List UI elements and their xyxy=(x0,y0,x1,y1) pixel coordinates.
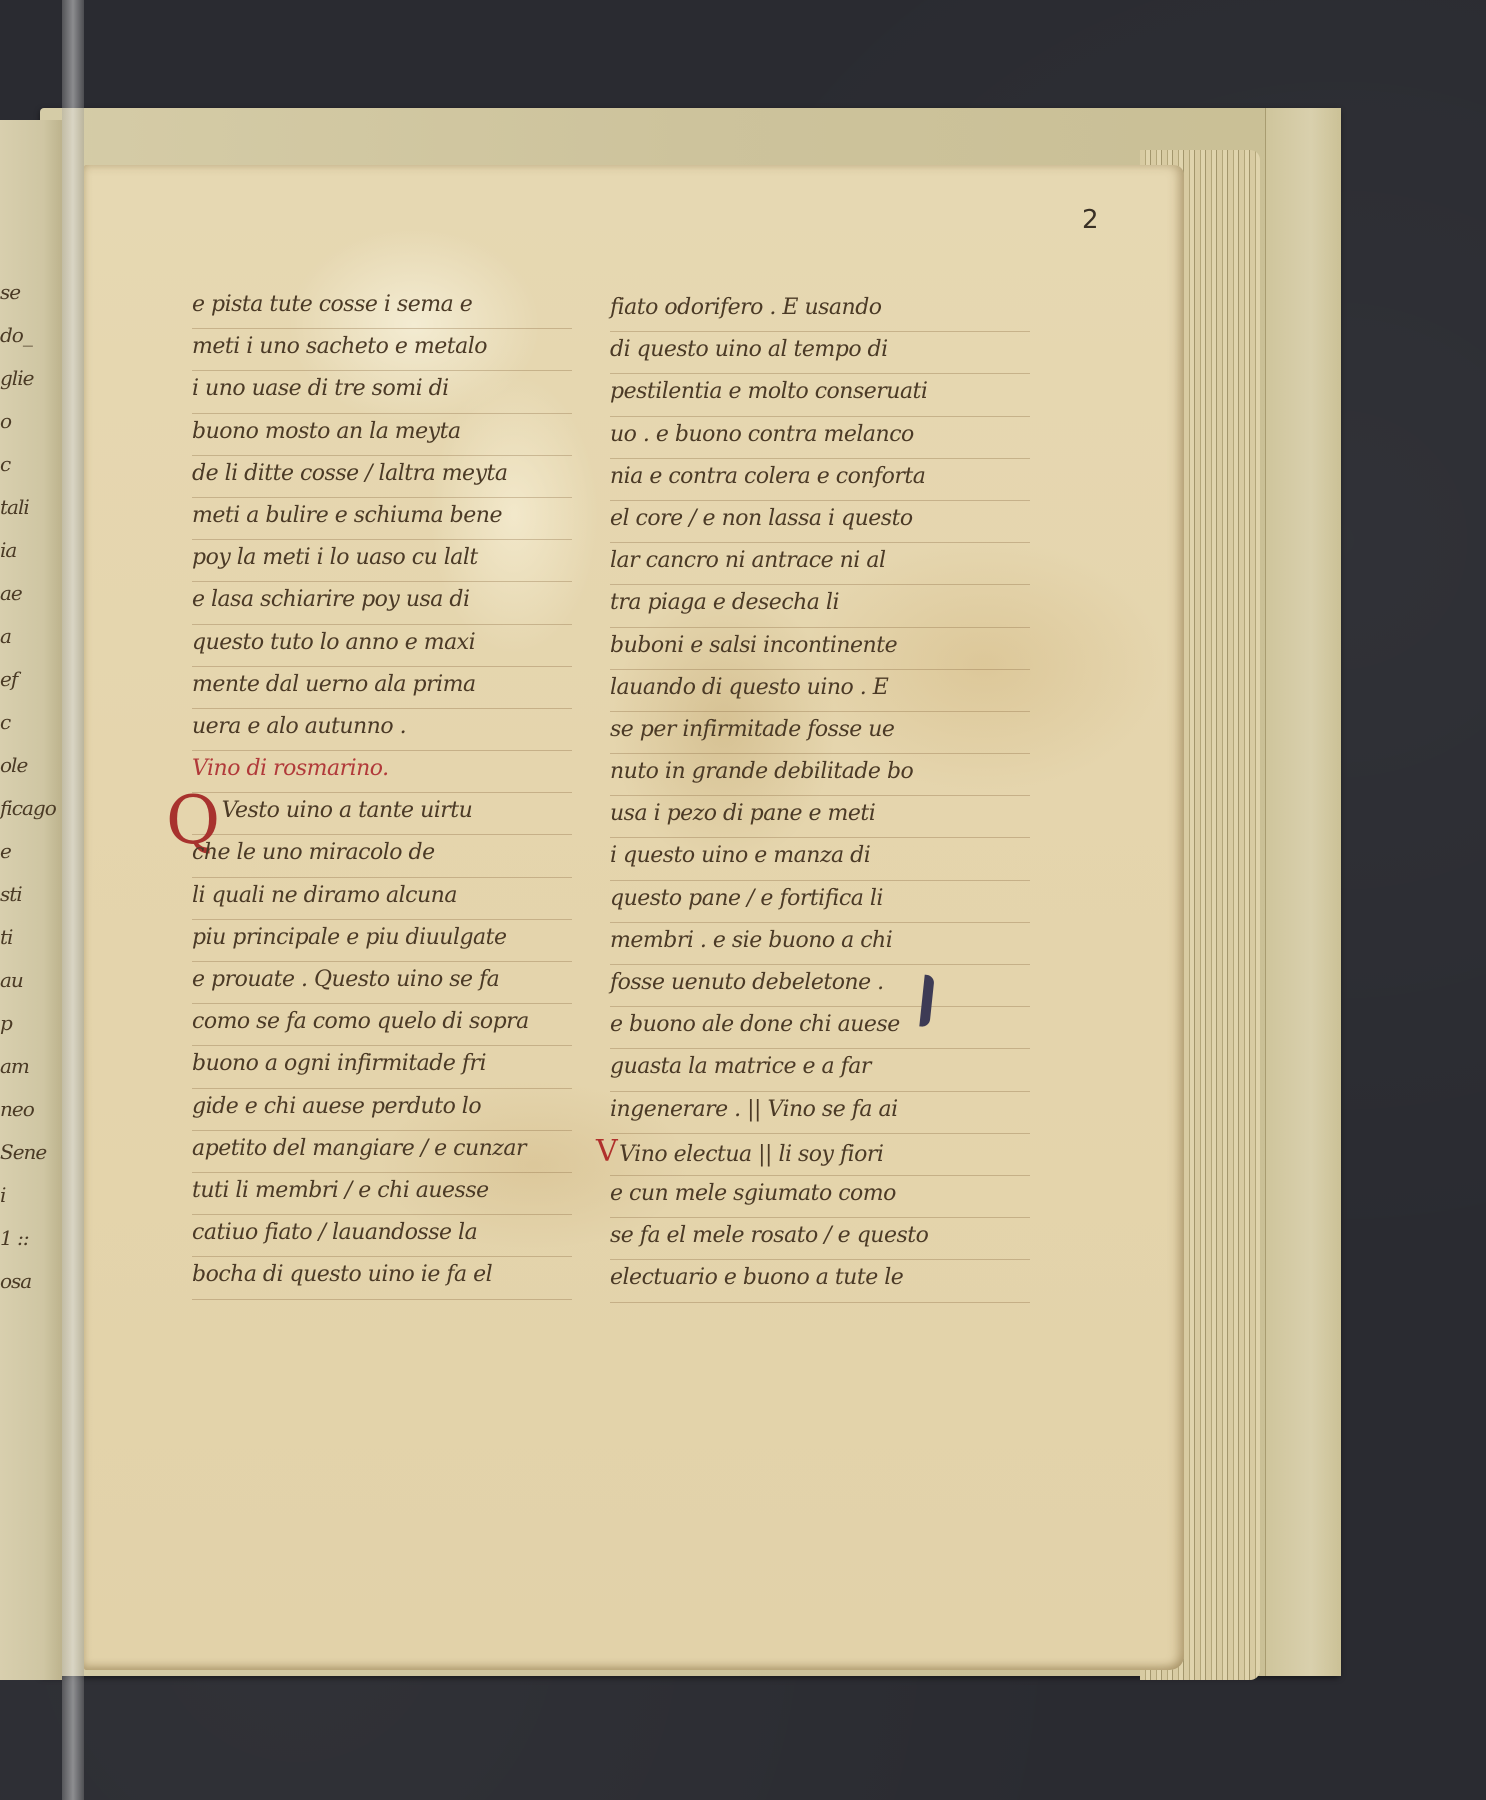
text-line: di questo uino al tempo di xyxy=(610,332,1030,374)
text-line: tuti li membri / e chi auesse xyxy=(192,1173,572,1215)
fragment-text: se xyxy=(0,280,20,304)
fragment-text: c xyxy=(0,452,10,476)
fragment-text: ficago xyxy=(0,796,56,820)
text-line: fiato odorifero . E usando xyxy=(610,290,1030,332)
decorated-initial-q: Q xyxy=(166,793,220,835)
text-line: lauando di questo uino . E xyxy=(610,670,1030,712)
text-line: fosse uenuto debeletone . xyxy=(610,965,1030,1007)
fragment-text: neo xyxy=(0,1097,34,1121)
text-line: buono a ogni infirmitade fri xyxy=(192,1046,572,1088)
text-line: i questo uino e manza di xyxy=(610,838,1030,880)
text-line-with-initial: QVesto uino a tante uirtu xyxy=(192,793,572,835)
text-line: electuario e buono a tute le xyxy=(610,1260,1030,1302)
text-line: e prouate . Questo uino se fa xyxy=(192,962,572,1004)
text-line: e buono ale done chi auese xyxy=(610,1007,1030,1049)
text-line: questo pane / e fortifica li xyxy=(610,881,1030,923)
text-line: gide e chi auese perduto lo xyxy=(192,1089,572,1131)
text-line: poy la meti i lo uaso cu lalt xyxy=(192,540,572,582)
text-line: uo . e buono contra melanco xyxy=(610,417,1030,459)
text-line: e lasa schiarire poy usa di xyxy=(192,582,572,624)
text-line: e cun mele sgiumato como xyxy=(610,1176,1030,1218)
text-line: se fa el mele rosato / e questo xyxy=(610,1218,1030,1260)
text-line: de li ditte cosse / laltra meyta xyxy=(192,456,572,498)
fragment-text: sti xyxy=(0,882,22,906)
previous-page-fragment: se do_ glie o c tali ia ae a ef c ole fi… xyxy=(0,120,62,1680)
fragment-text: am xyxy=(0,1054,29,1078)
fragment-text: glie xyxy=(0,366,33,390)
text-line: meti i uno sacheto e metalo xyxy=(192,329,572,371)
text-line-with-initial: VVino electua || li soy fiori xyxy=(610,1134,1030,1176)
text-line: catiuo fiato / lauandosse la xyxy=(192,1215,572,1257)
fragment-text: ae xyxy=(0,581,22,605)
fragment-text: osa xyxy=(0,1269,31,1293)
rubric-heading: Vino di rosmarino. xyxy=(192,751,572,793)
fragment-text: 1 :: xyxy=(0,1226,29,1250)
right-text-column: fiato odorifero . E usando di questo uin… xyxy=(610,290,1030,1303)
fragment-text: ole xyxy=(0,753,27,777)
manuscript-page: 2 e pista tute cosse i sema e meti i uno… xyxy=(84,165,1184,1670)
text-line: apetito del mangiare / e cunzar xyxy=(192,1131,572,1173)
fragment-text: a xyxy=(0,624,11,648)
fragment-text: p xyxy=(0,1011,12,1035)
text-line: Vino electua || li soy fiori xyxy=(619,1142,883,1167)
text-line: buono mosto an la meyta xyxy=(192,414,572,456)
text-line: Vesto uino a tante uirtu xyxy=(222,798,473,823)
text-line: che le uno miracolo de xyxy=(192,835,572,877)
text-line: meti a bulire e schiuma bene xyxy=(192,498,572,540)
cover-fore-edge-flap xyxy=(1265,108,1341,1676)
fragment-text: i xyxy=(0,1183,5,1207)
fragment-text: Sene xyxy=(0,1140,46,1164)
text-line: questo tuto lo anno e maxi xyxy=(192,625,572,667)
text-line: nia e contra colera e conforta xyxy=(610,459,1030,501)
fragment-text: c xyxy=(0,710,10,734)
fragment-text: tali xyxy=(0,495,29,519)
text-line: guasta la matrice e a far xyxy=(610,1049,1030,1091)
fragment-text: o xyxy=(0,409,11,433)
text-line: pestilentia e molto conseruati xyxy=(610,374,1030,416)
text-line: mente dal uerno ala prima xyxy=(192,667,572,709)
text-line: piu principale e piu diuulgate xyxy=(192,920,572,962)
text-line: tra piaga e desecha li xyxy=(610,585,1030,627)
text-line: como se fa como quelo di sopra xyxy=(192,1004,572,1046)
fragment-text: au xyxy=(0,968,23,992)
text-line: usa i pezo di pane e meti xyxy=(610,796,1030,838)
fragment-text: ti xyxy=(0,925,12,949)
text-line: lar cancro ni antrace ni al xyxy=(610,543,1030,585)
text-line: li quali ne diramo alcuna xyxy=(192,878,572,920)
text-line: membri . e sie buono a chi xyxy=(610,923,1030,965)
text-line: i uno uase di tre somi di xyxy=(192,371,572,413)
text-line: bocha di questo uino ie fa el xyxy=(192,1257,572,1299)
folio-number: 2 xyxy=(1082,205,1099,235)
left-text-column: e pista tute cosse i sema e meti i uno s… xyxy=(192,287,572,1300)
rubricated-initial-v: V xyxy=(596,1134,617,1170)
text-line: buboni e salsi incontinente xyxy=(610,628,1030,670)
fragment-text: e xyxy=(0,839,11,863)
fragment-text: ia xyxy=(0,538,16,562)
fragment-text: do_ xyxy=(0,323,32,347)
text-line: se per infirmitade fosse ue xyxy=(610,712,1030,754)
text-line: e pista tute cosse i sema e xyxy=(192,287,572,329)
glass-spine-strip xyxy=(62,0,84,1800)
fragment-text: ef xyxy=(0,667,17,691)
text-line: ingenerare . || Vino se fa ai xyxy=(610,1092,1030,1134)
text-line: el core / e non lassa i questo xyxy=(610,501,1030,543)
text-line: uera e alo autunno . xyxy=(192,709,572,751)
text-line: nuto in grande debilitade bo xyxy=(610,754,1030,796)
